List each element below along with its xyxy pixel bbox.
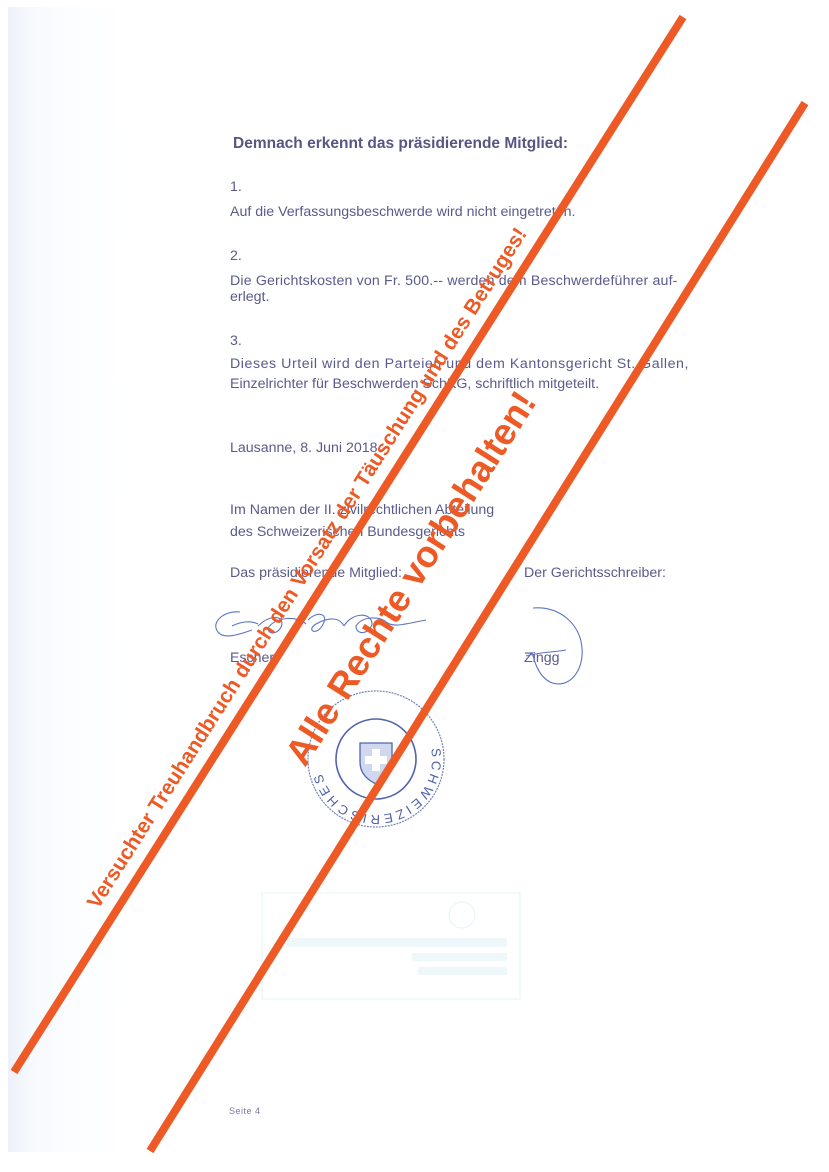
zingg-signature [526, 608, 582, 684]
watermark-line-1 [14, 17, 683, 1072]
watermark-text-1: Versuchter Treuhandbruch durch den Vorsa… [83, 224, 532, 913]
watermark-line-2 [150, 103, 805, 1151]
graphics-overlay: SCHWEIZERISCHES BUNDESGERICHT * Versucht… [0, 0, 829, 1172]
